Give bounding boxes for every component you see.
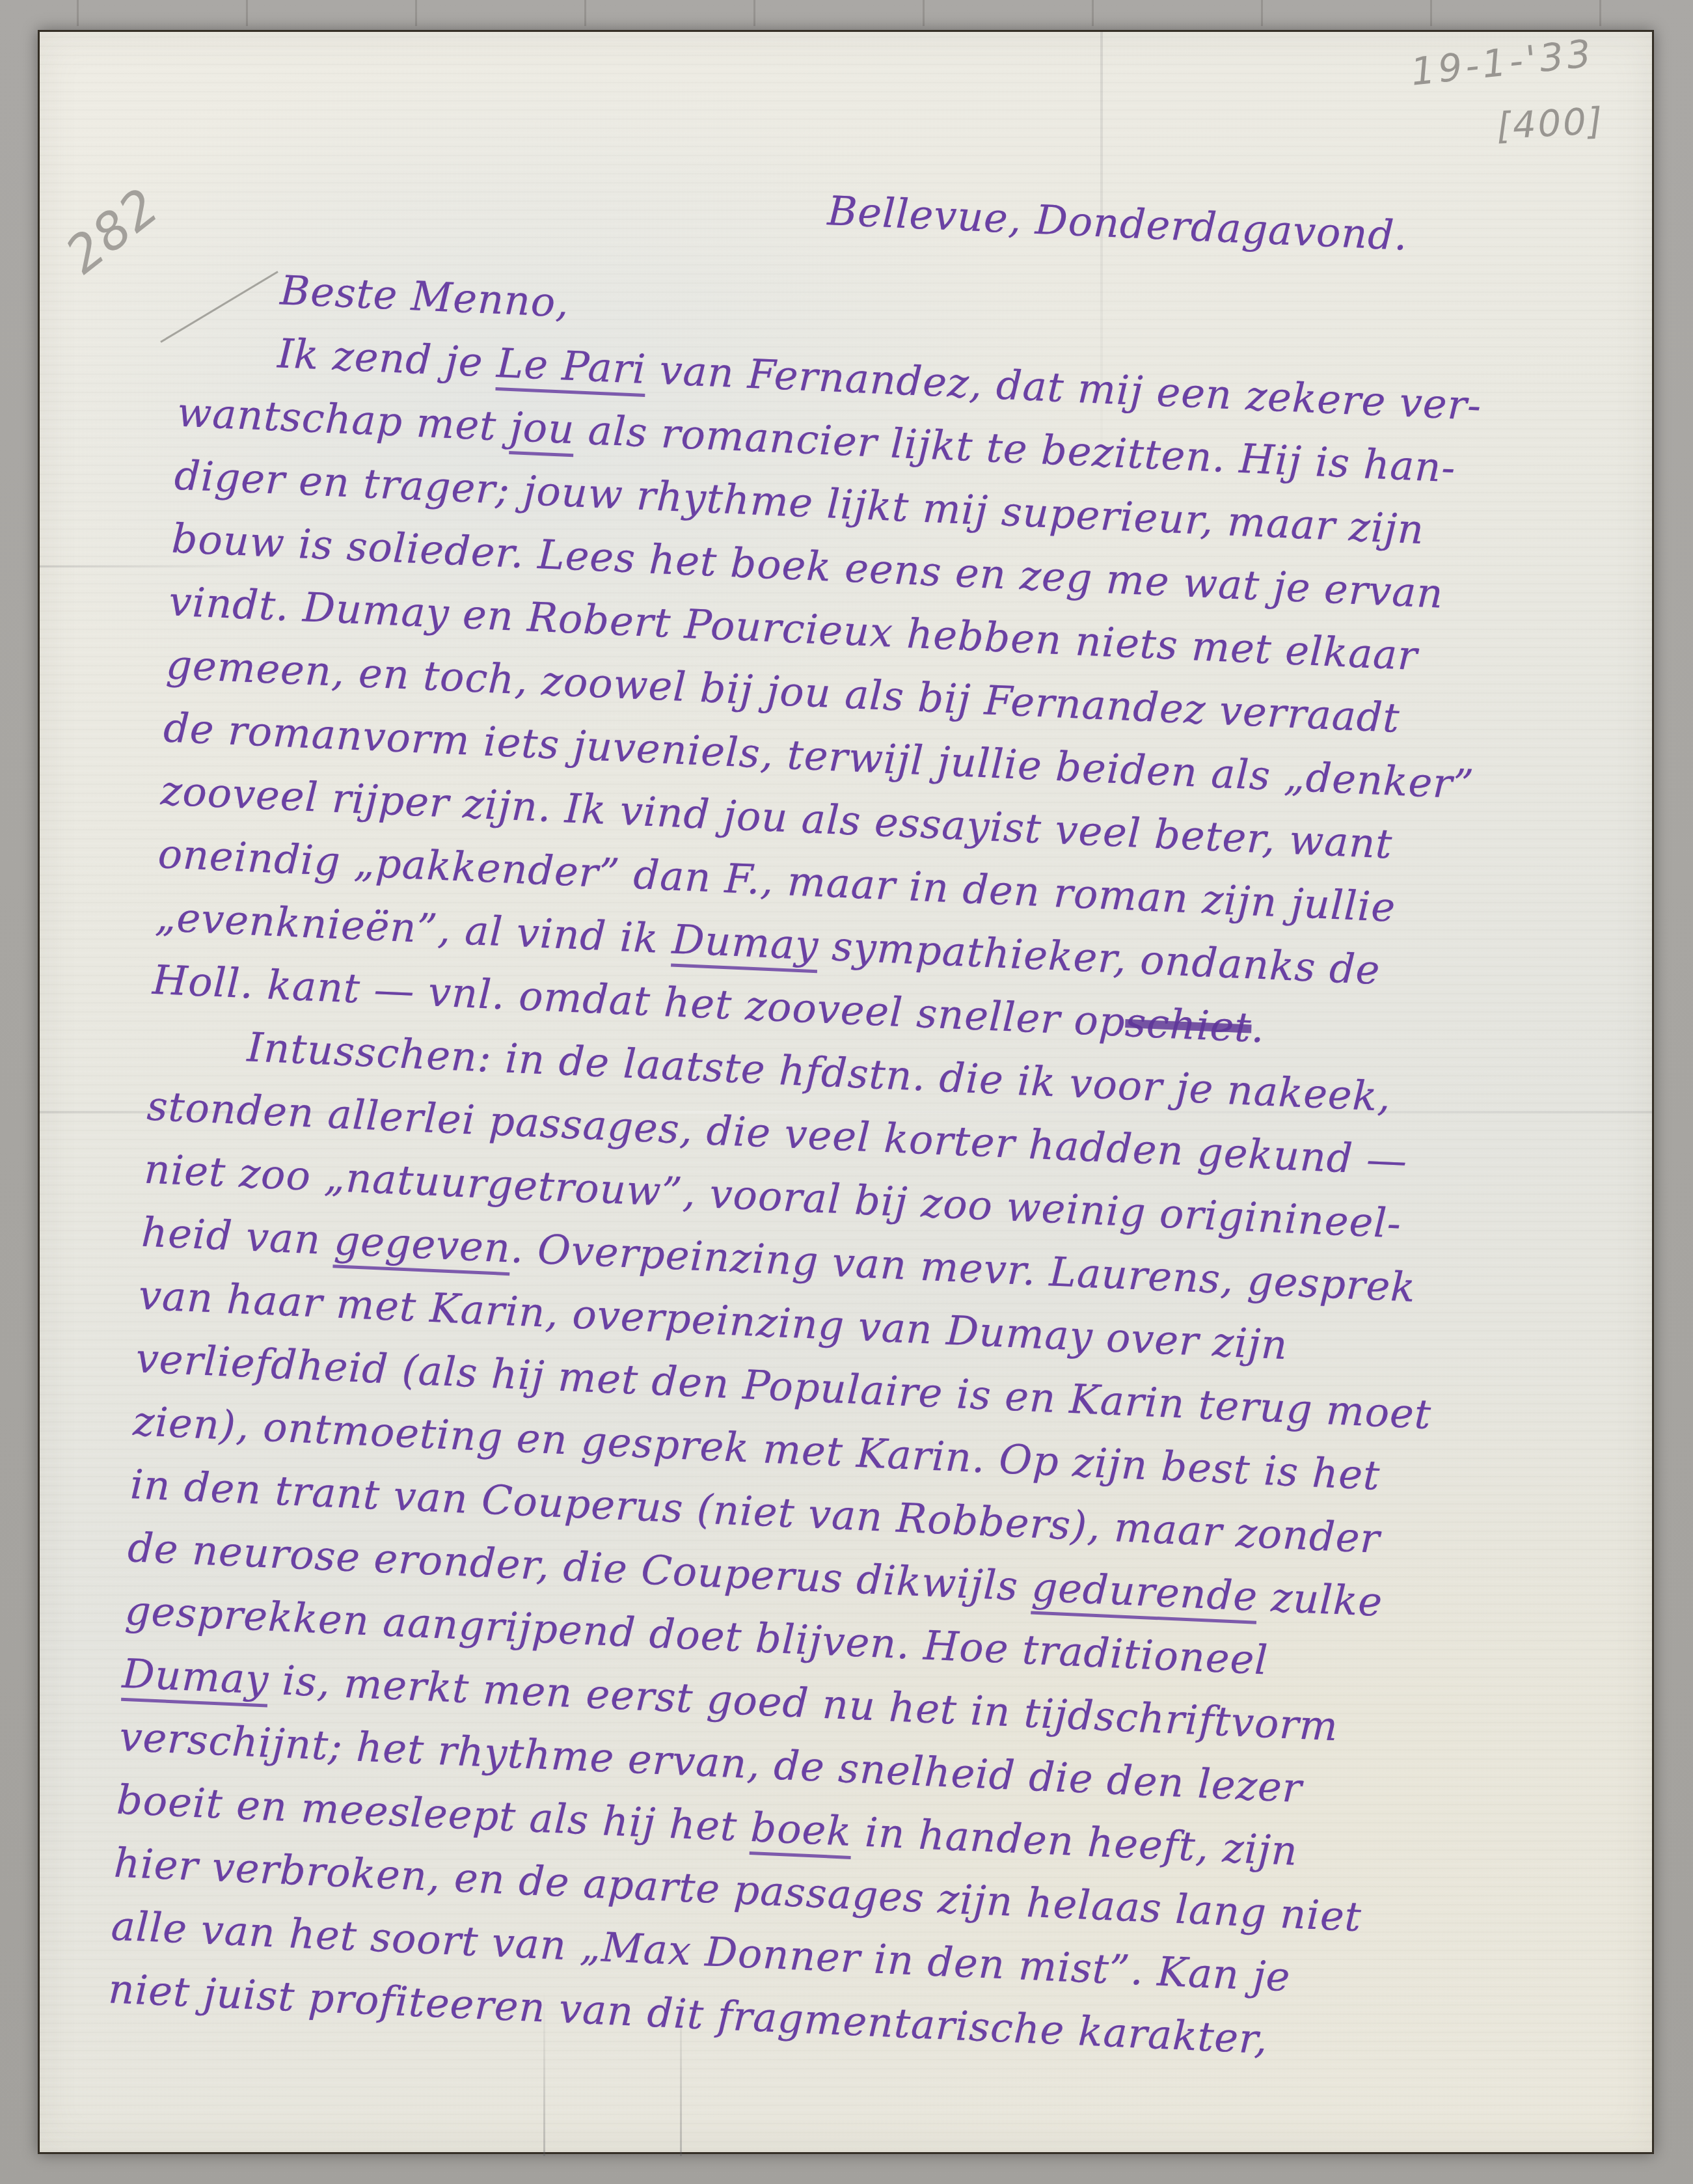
letter-text-segment: Beste Menno, bbox=[279, 266, 570, 326]
letter-text-segment: in handen heeft, zijn bbox=[850, 1808, 1299, 1875]
handwritten-letter-text: Bellevue, Donderdagavond. Beste Menno,Ik… bbox=[107, 151, 1580, 2081]
scanner-edge-speckles bbox=[0, 0, 1693, 26]
letter-text-segment: wantschap met bbox=[176, 389, 511, 450]
underlined-word: gegeven bbox=[333, 1216, 512, 1276]
underlined-word: Dumay bbox=[671, 916, 820, 974]
letter-text-segment: . bbox=[1251, 1004, 1266, 1052]
scanned-letter-page: { "annotations": { "date_pencil": "19-1-… bbox=[0, 0, 1693, 2184]
letter-text-segment: Ik zend je bbox=[277, 329, 498, 387]
underlined-word: gedurende bbox=[1031, 1563, 1259, 1624]
underlined-word: boek bbox=[750, 1803, 853, 1859]
pencil-number-annotation: [400] bbox=[1495, 100, 1605, 148]
underlined-word: Le Pari bbox=[495, 339, 647, 397]
letter-text-segment: zulke bbox=[1256, 1573, 1383, 1626]
letter-body: Beste Menno,Ik zend je Le Pari van Ferna… bbox=[107, 254, 1575, 2081]
letter-text-segment: heid van bbox=[141, 1208, 335, 1264]
underlined-word: Dumay bbox=[121, 1650, 270, 1708]
underlined-word: jou bbox=[509, 403, 576, 457]
scribbled-word: schiet bbox=[1124, 998, 1253, 1051]
